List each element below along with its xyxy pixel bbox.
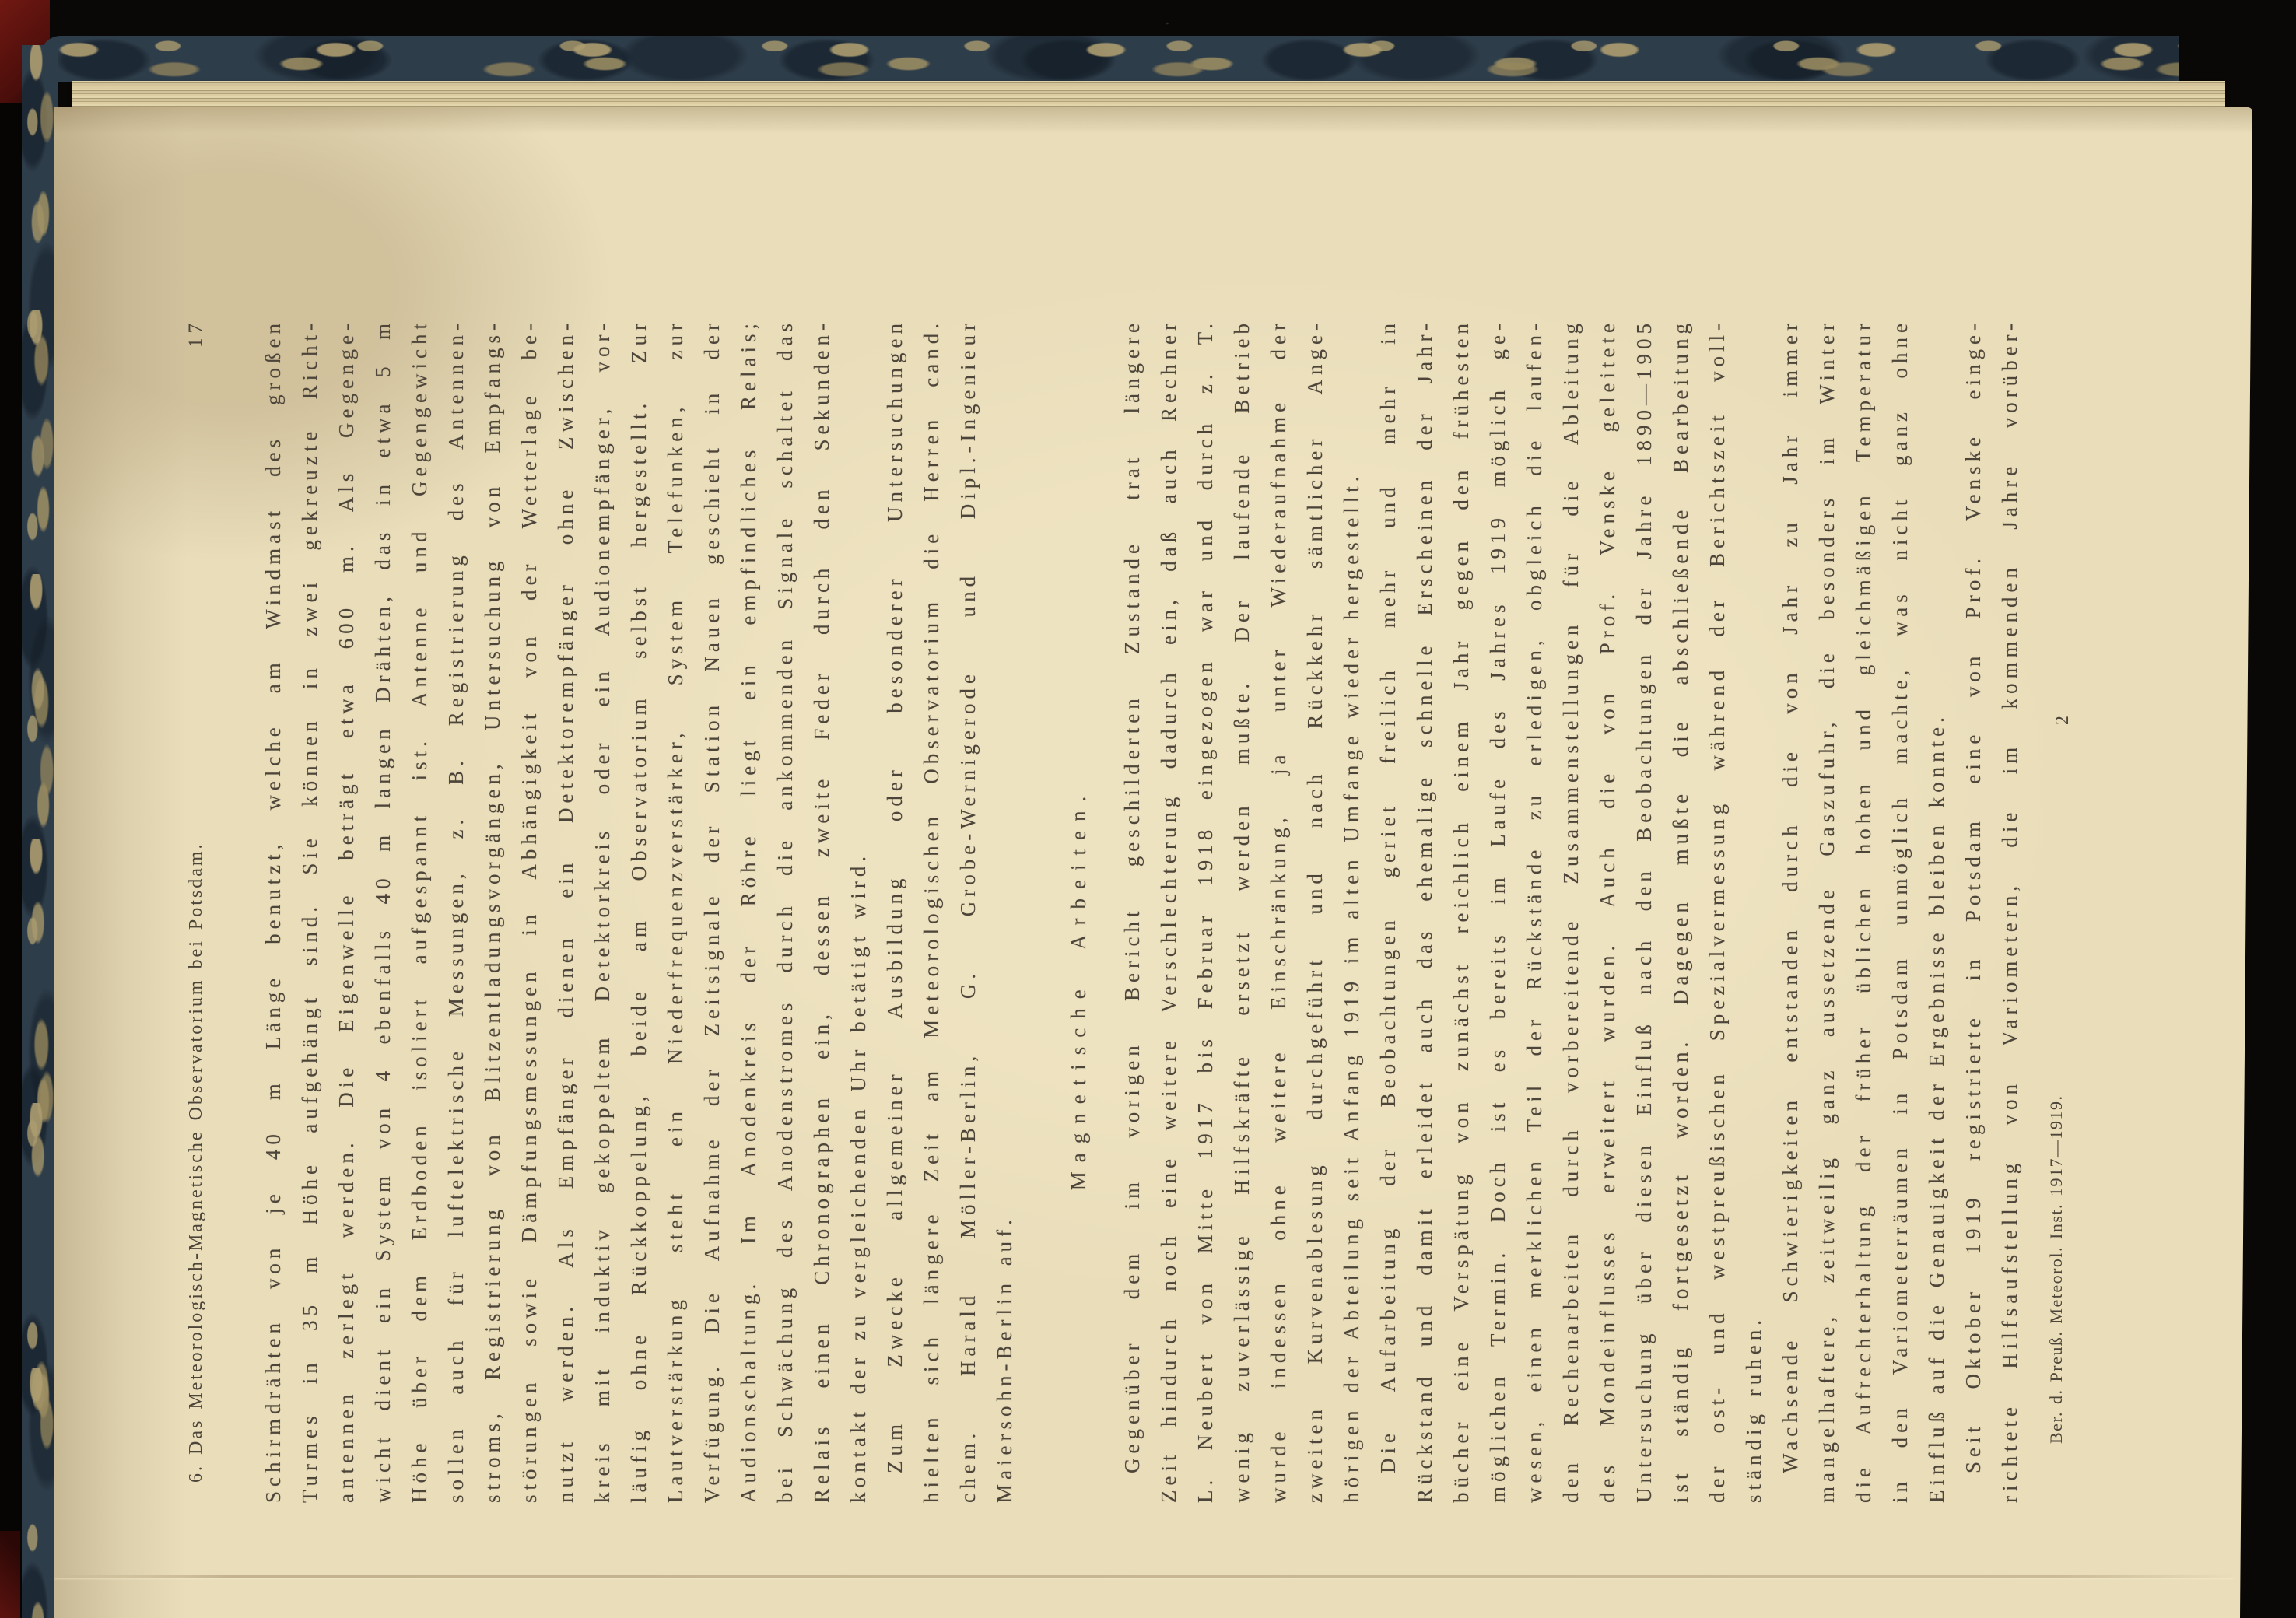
- text-line: bei Schwächung des Anodenstromes durch d…: [767, 319, 804, 1503]
- text-line: die Aufrechterhaltung der früher übliche…: [1846, 319, 1882, 1503]
- text-line: hörigen der Abteilung seit Anfang 1919 i…: [1334, 319, 1370, 1503]
- text-line: nutzt werden. Als Empfänger dienen ein D…: [548, 319, 584, 1503]
- stacked-page-edges: [72, 81, 2225, 109]
- text-line: der ost- und westpreußischen Spezialverm…: [1699, 319, 1736, 1503]
- paragraph: Zum Zwecke allgemeiner Ausbildung oder b…: [877, 319, 1023, 1503]
- text-line: Turmes in 35 m Höhe aufgehängt sind. Sie…: [292, 319, 328, 1503]
- text-line: Verfügung. Die Aufnahme der Zeitsignale …: [694, 319, 731, 1503]
- text-line: L. Neubert von Mitte 1917 bis Februar 19…: [1187, 319, 1224, 1503]
- text-line: Höhe über dem Erdboden isoliert aufgespa…: [401, 319, 438, 1503]
- text-line: bücher eine Verspätung von zunächst reic…: [1443, 319, 1480, 1503]
- paragraph: Gegenüber dem im vorigen Bericht geschil…: [1114, 319, 1370, 1503]
- text-line: antennen zerlegt werden. Die Eigenwelle …: [328, 319, 365, 1503]
- text-line: wicht dient ein System von 4 ebenfalls 4…: [365, 319, 401, 1503]
- section-heading: Magnetische Arbeiten.: [1060, 475, 1097, 1503]
- book-scan: 6. Das Meteorologisch-Magnetische Observ…: [0, 0, 2296, 1618]
- text-line: Lautverstärkung steht ein Niederfrequenz…: [657, 319, 694, 1503]
- page-header: 6. Das Meteorologisch-Magnetische Observ…: [185, 319, 207, 1503]
- text-line: störungen sowie Dämpfungsmessungen in Ab…: [511, 319, 548, 1503]
- text-line: Gegenüber dem im vorigen Bericht geschil…: [1114, 319, 1151, 1503]
- text-line: Zeit hindurch noch eine weitere Verschle…: [1151, 319, 1187, 1503]
- sheet-signature: 2: [2052, 716, 2073, 725]
- text-line: Audionschaltung. Im Anodenkreis der Röhr…: [731, 319, 767, 1503]
- text-line: wenig zuverlässige Hilfskräfte ersetzt w…: [1224, 319, 1260, 1503]
- page: 6. Das Meteorologisch-Magnetische Observ…: [54, 107, 2252, 1618]
- page-number: 17: [185, 319, 207, 348]
- text-line: zweiten Kurvenablesung durchgeführt und …: [1297, 319, 1334, 1503]
- marbled-cover-top-edge: [40, 36, 2179, 82]
- text-line: Die Aufarbeitung der Beobachtungen gerie…: [1370, 319, 1407, 1503]
- text-line: richtete Hilfsaufstellung von Variometer…: [1992, 319, 2028, 1503]
- text-line: kreis mit induktiv gekoppeltem Detektork…: [584, 319, 621, 1503]
- running-title: 6. Das Meteorologisch-Magnetische Observ…: [186, 842, 207, 1483]
- text-line: Relais einen Chronographen ein, dessen z…: [804, 319, 840, 1503]
- text-line: wesen, einen merklichen Teil der Rückstä…: [1516, 319, 1553, 1503]
- page-content-rotated: 6. Das Meteorologisch-Magnetische Observ…: [54, 107, 2252, 1618]
- text-line: wurde indessen ohne weitere Einschränkun…: [1260, 319, 1297, 1503]
- text-line: Schirmdrähten von je 40 m Länge benutzt,…: [255, 319, 292, 1503]
- page-footer: Ber. d. Preuß. Meteorol. Inst. 1917—1919…: [2046, 319, 2077, 1503]
- text-line: des Mondeinflusses erweitert wurden. Auc…: [1590, 319, 1626, 1503]
- text-line: in den Variometerräumen in Potsdam unmög…: [1882, 319, 1919, 1503]
- text-line: chem. Harald Möller-Berlin, G. Grobe-Wer…: [950, 319, 987, 1503]
- text-line: stroms, Registrierung von Blitzentladung…: [475, 319, 511, 1503]
- paragraph: Seit Oktober 1919 registrierte in Potsda…: [1955, 319, 2028, 1503]
- text-line: Wachsende Schwierigkeiten entstanden dur…: [1772, 319, 1809, 1503]
- text-line: Rückstand und damit erleidet auch das eh…: [1407, 319, 1443, 1503]
- book-spine-shadow: [0, 0, 23, 1618]
- spine-red-cloth-bottom: [0, 1531, 20, 1618]
- marbled-cover-left-edge: [22, 45, 58, 1618]
- text-line: hielten sich längere Zeit am Meteorologi…: [913, 319, 950, 1503]
- text-line: ist ständig fortgesetzt worden. Dagegen …: [1663, 319, 1699, 1503]
- text-line: den Rechenarbeiten durch vorbereitende Z…: [1553, 319, 1590, 1503]
- text-line: mangelhaftere, zeitweilig ganz aussetzen…: [1809, 319, 1846, 1503]
- text-block: Schirmdrähten von je 40 m Länge benutzt,…: [255, 319, 2028, 1503]
- text-line: Maiersohn-Berlin auf.: [987, 319, 1023, 1503]
- paragraph: Die Aufarbeitung der Beobachtungen gerie…: [1370, 319, 1772, 1503]
- text-line: kontakt der zu vergleichenden Uhr betäti…: [840, 319, 877, 1503]
- footer-imprint: Ber. d. Preuß. Meteorol. Inst. 1917—1919…: [2046, 1094, 2066, 1444]
- text-line: Zum Zwecke allgemeiner Ausbildung oder b…: [877, 319, 913, 1503]
- text-line: Seit Oktober 1919 registrierte in Potsda…: [1955, 319, 1992, 1503]
- text-line: sollen auch für luftelektrische Messunge…: [438, 319, 475, 1503]
- text-line: Einfluß auf die Genauigkeit der Ergebnis…: [1919, 319, 1955, 1503]
- page-crease: [54, 1575, 2234, 1578]
- text-line: ständig ruhen.: [1736, 319, 1772, 1503]
- paragraph: Wachsende Schwierigkeiten entstanden dur…: [1772, 319, 1955, 1503]
- text-line: Untersuchung über diesen Einfluß nach de…: [1626, 319, 1663, 1503]
- text-line: möglichen Termin. Doch ist es bereits im…: [1480, 319, 1516, 1503]
- text-line: läufig ohne Rückkoppelung, beide am Obse…: [621, 319, 657, 1503]
- paragraph: Schirmdrähten von je 40 m Länge benutzt,…: [255, 319, 877, 1503]
